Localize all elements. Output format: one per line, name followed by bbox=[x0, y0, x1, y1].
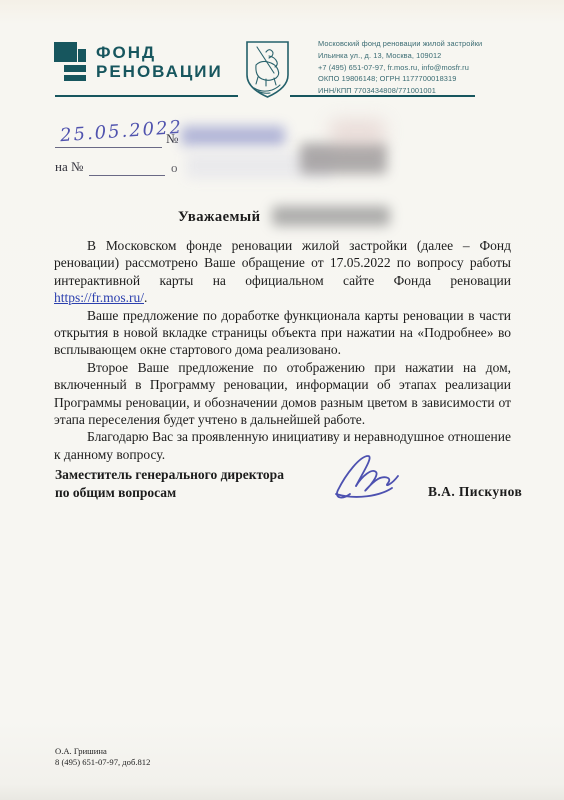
signatory-position-line-2: по общим вопросам bbox=[55, 484, 284, 502]
org-address: Ильинка ул., д. 13, Москва, 109012 bbox=[318, 50, 482, 62]
handwritten-date: 25.05.2022 bbox=[59, 117, 183, 147]
handwritten-signature bbox=[322, 450, 414, 506]
letter-body: В Московском фонде реновации жилой застр… bbox=[54, 237, 511, 463]
moscow-coat-of-arms-icon bbox=[244, 39, 291, 100]
stamp-area-redacted bbox=[330, 120, 385, 144]
signatory-position: Заместитель генерального директора по об… bbox=[55, 466, 284, 501]
paragraph-1-text: В Московском фонде реновации жилой застр… bbox=[54, 238, 511, 288]
signatory-position-line-1: Заместитель генерального директора bbox=[55, 466, 284, 484]
paragraph-4: Благодарю Вас за проявленную инициативу … bbox=[54, 428, 511, 463]
from-label: о bbox=[171, 160, 178, 176]
org-name: Московский фонд реновации жилой застройк… bbox=[318, 38, 482, 50]
letter-page: ФОНД РЕНОВАЦИИ Московский фонд реновации… bbox=[0, 0, 564, 800]
addressee-block-redacted bbox=[300, 143, 387, 174]
executor-block: О.А. Гришина 8 (495) 651-07-97, доб.812 bbox=[55, 746, 150, 768]
paragraph-2: Ваше предложение по доработке функционал… bbox=[54, 307, 511, 359]
header-rule-right bbox=[290, 95, 475, 97]
outgoing-number-redacted bbox=[181, 126, 285, 146]
org-contacts: +7 (495) 651-07-97, fr.mos.ru, info@mosf… bbox=[318, 62, 482, 74]
fr-mos-ru-link[interactable]: https://fr.mos.ru/ bbox=[54, 290, 144, 305]
org-info-block: Московский фонд реновации жилой застройк… bbox=[318, 38, 482, 97]
renovation-fund-logo-icon bbox=[54, 42, 88, 83]
number-sign: № bbox=[166, 131, 178, 147]
reply-number-underline bbox=[89, 175, 165, 176]
executor-name: О.А. Гришина bbox=[55, 746, 150, 757]
logo-line-1: ФОНД bbox=[96, 43, 223, 62]
date-underline bbox=[55, 147, 162, 148]
paragraph-3: Второе Ваше предложение по отображению п… bbox=[54, 359, 511, 429]
addressee-name-redacted bbox=[272, 206, 390, 226]
signatory-name: В.А. Пискунов bbox=[428, 484, 522, 500]
paragraph-1-period: . bbox=[144, 290, 147, 305]
salutation-label: Уважаемый bbox=[178, 209, 260, 226]
executor-phone: 8 (495) 651-07-97, доб.812 bbox=[55, 757, 150, 768]
logo-line-2: РЕНОВАЦИИ bbox=[96, 62, 223, 81]
logo-wordmark: ФОНД РЕНОВАЦИИ bbox=[96, 43, 223, 81]
paragraph-1: В Московском фонде реновации жилой застр… bbox=[54, 237, 511, 307]
reply-to-label: на № bbox=[55, 159, 83, 175]
org-okpo-ogrn: ОКПО 19806148; ОГРН 1177700018319 bbox=[318, 73, 482, 85]
header-rule-left bbox=[55, 95, 238, 97]
